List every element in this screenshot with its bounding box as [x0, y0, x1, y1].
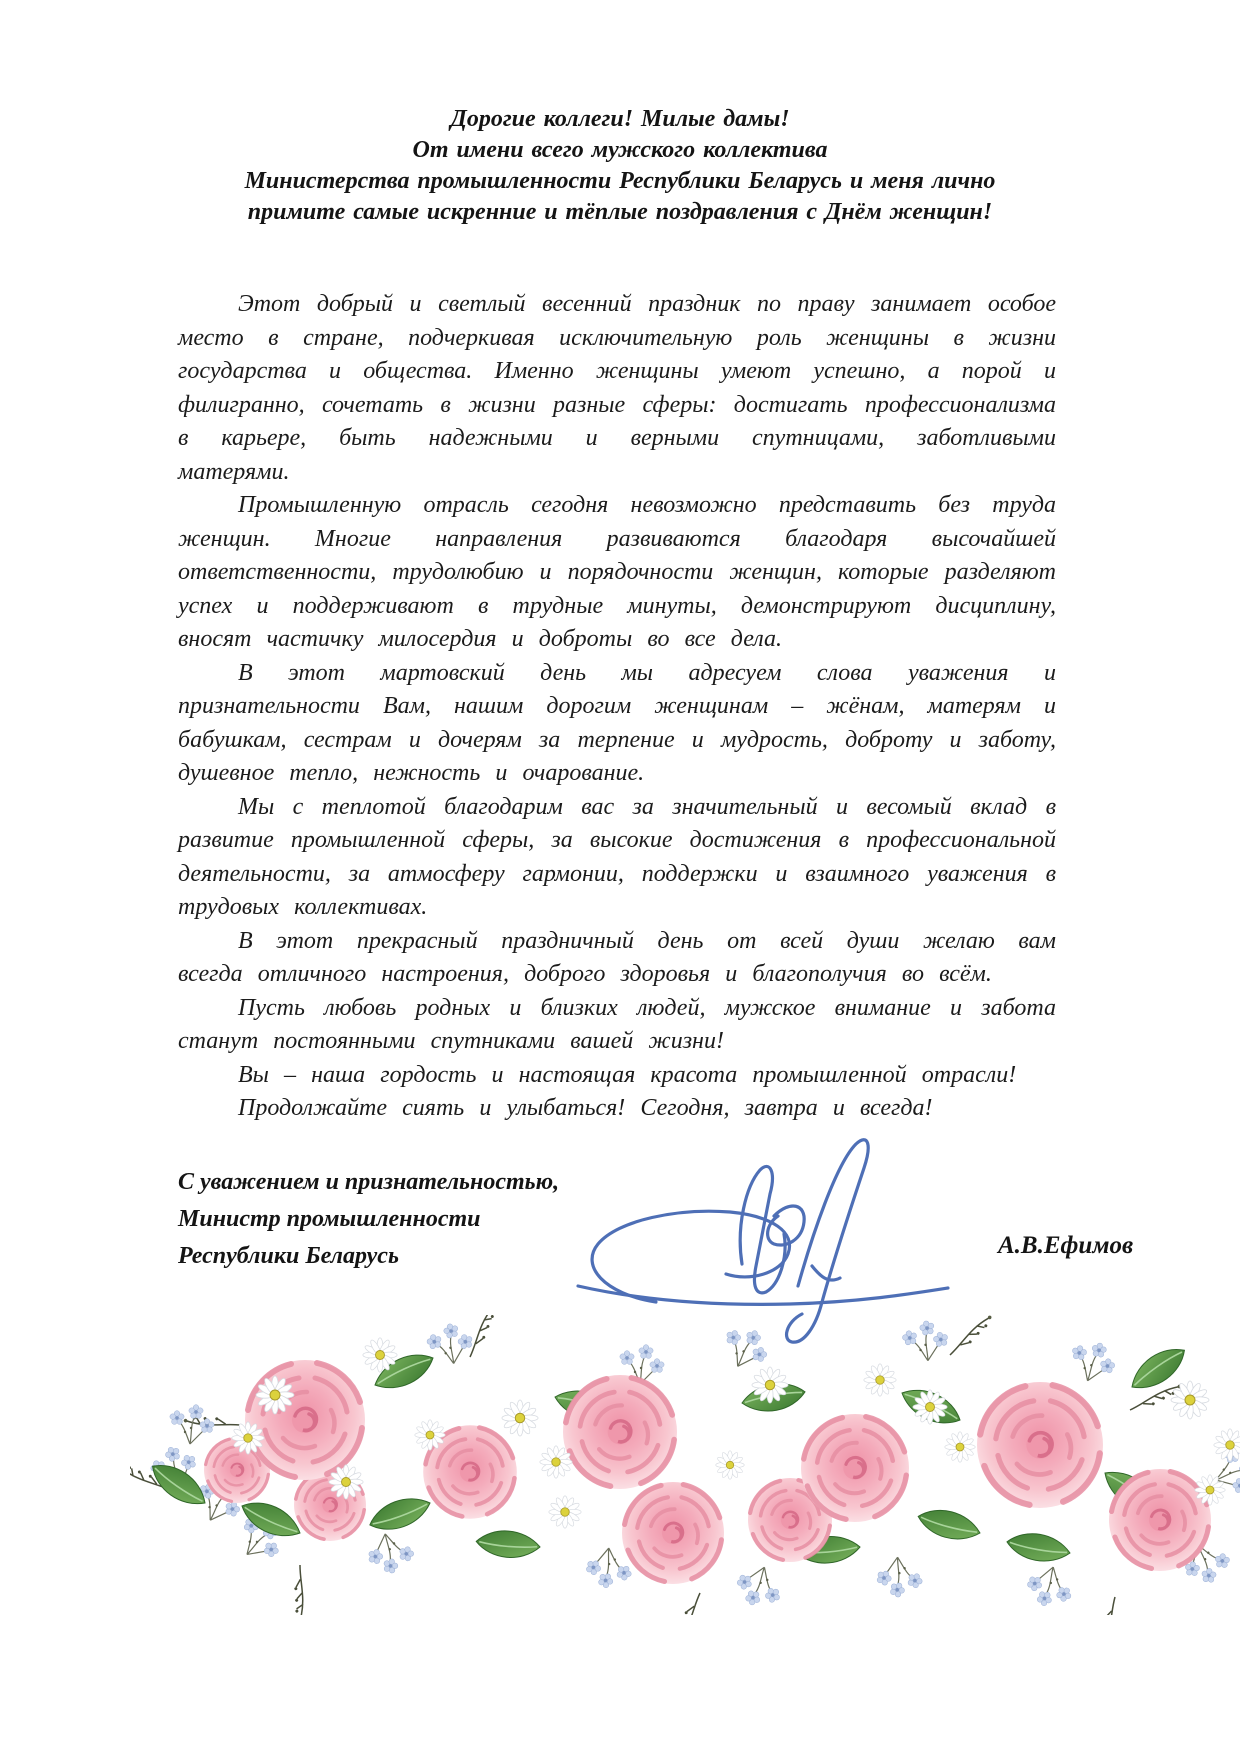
letter-body: Этот добрый и светлый весенний праздник … — [178, 288, 1056, 1126]
paragraph-4: Мы с теплотой благодарим вас за значител… — [178, 791, 1056, 925]
paragraph-6: Пусть любовь родных и близких людей, муж… — [178, 992, 1056, 1059]
signer-name: А.В.Ефимов — [998, 1232, 1133, 1260]
signoff-line-1: С уважением и признательностью, — [178, 1164, 559, 1201]
paragraph-1: Этот добрый и светлый весенний праздник … — [178, 288, 1056, 489]
signoff-block: С уважением и признательностью, Министр … — [178, 1164, 559, 1275]
signoff-line-2: Министр промышленности — [178, 1201, 559, 1238]
paragraph-7: Вы – наша гордость и настоящая красота п… — [178, 1059, 1056, 1093]
letter-heading: Дорогие коллеги! Милые дамы! От имени вс… — [0, 104, 1240, 228]
paragraph-3: В этот мартовский день мы адресуем слова… — [178, 657, 1056, 791]
heading-line-4: примите самые искренние и тёплые поздрав… — [0, 197, 1240, 228]
letter-page: Дорогие коллеги! Милые дамы! От имени вс… — [0, 0, 1240, 1754]
heading-line-3: Министерства промышленности Республики Б… — [0, 166, 1240, 197]
paragraph-5: В этот прекрасный праздничный день от вс… — [178, 925, 1056, 992]
heading-line-2: От имени всего мужского коллектива — [0, 135, 1240, 166]
heading-line-1: Дорогие коллеги! Милые дамы! — [0, 104, 1240, 135]
paragraph-2: Промышленную отрасль сегодня невозможно … — [178, 489, 1056, 657]
signoff-line-3: Республики Беларусь — [178, 1238, 559, 1275]
flower-garland-image — [130, 1315, 1240, 1615]
